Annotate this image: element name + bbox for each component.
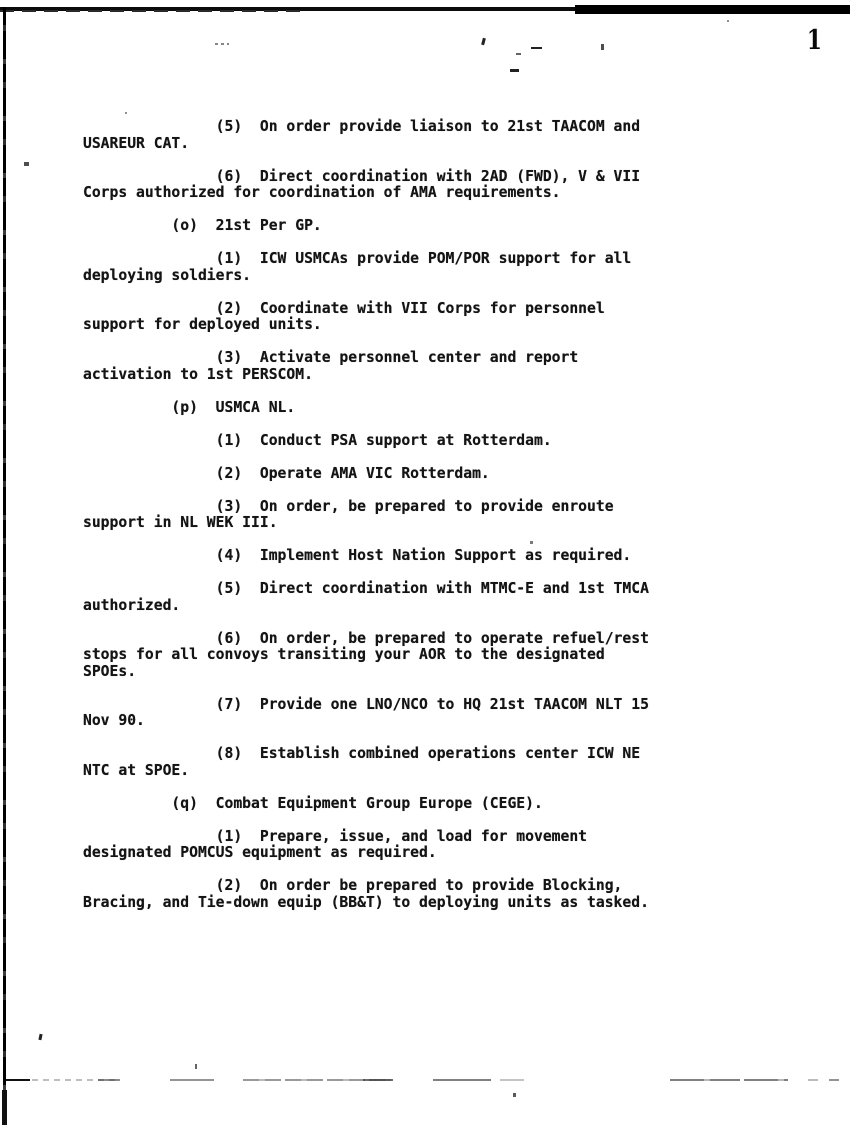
scan-speck — [215, 43, 229, 45]
scan-rule-bottom — [670, 1079, 788, 1081]
doc-paragraph-o2-vii-corps: (2) Coordinate with VII Corps for person… — [83, 301, 783, 334]
scan-speck — [727, 20, 729, 22]
doc-line: designated POMCUS equipment as required. — [83, 845, 783, 862]
scan-rule-bottom — [500, 1079, 524, 1081]
scan-rule-bottom — [6, 1079, 30, 1081]
scan-speck — [513, 1093, 516, 1097]
scan-speck — [38, 1034, 42, 1040]
doc-line: (1) Prepare, issue, and load for movemen… — [83, 829, 783, 846]
doc-paragraph-p8-operations-center: (8) Establish combined operations center… — [83, 746, 783, 779]
doc-line: activation to 1st PERSCOM. — [83, 367, 783, 384]
doc-line: (3) Activate personnel center and report — [83, 350, 783, 367]
doc-line: (q) Combat Equipment Group Europe (CEGE)… — [83, 796, 783, 813]
doc-line: (8) Establish combined operations center… — [83, 746, 783, 763]
scan-rule-bottom — [98, 1079, 120, 1081]
scanned-page: 1 (5) On order provide liaison to 21st T… — [0, 0, 850, 1139]
scan-speck — [195, 1064, 197, 1069]
doc-paragraph-p7-lno-nco: (7) Provide one LNO/NCO to HQ 21st TAACO… — [83, 697, 783, 730]
scan-edge-top-rough — [0, 10, 300, 12]
doc-paragraph-o-21st-per-gp: (o) 21st Per GP. — [83, 218, 783, 235]
doc-line: (1) ICW USMCAs provide POM/POR support f… — [83, 251, 783, 268]
doc-line: USAREUR CAT. — [83, 136, 783, 153]
doc-paragraph-6-coordination: (6) Direct coordination with 2AD (FWD), … — [83, 169, 783, 202]
doc-paragraph-p-usmca-nl: (p) USMCA NL. — [83, 400, 783, 417]
doc-line: (5) On order provide liaison to 21st TAA… — [83, 119, 783, 136]
scan-rule-bottom — [170, 1079, 214, 1081]
scan-rule-bottom — [433, 1079, 491, 1081]
scan-rule-bottom — [808, 1079, 818, 1081]
doc-line: support in NL WEK III. — [83, 515, 783, 532]
doc-line: NTC at SPOE. — [83, 763, 783, 780]
doc-line: support for deployed units. — [83, 317, 783, 334]
doc-paragraph-p1-psa: (1) Conduct PSA support at Rotterdam. — [83, 433, 783, 450]
doc-line: Nov 90. — [83, 713, 783, 730]
doc-line: deploying soldiers. — [83, 268, 783, 285]
doc-line: (3) On order, be prepared to provide enr… — [83, 499, 783, 516]
doc-paragraph-o3-personnel-center: (3) Activate personnel center and report… — [83, 350, 783, 383]
page-number: 1 — [807, 27, 822, 54]
doc-paragraph-p6-refuel-rest: (6) On order, be prepared to operate ref… — [83, 631, 783, 681]
document-body: (5) On order provide liaison to 21st TAA… — [83, 119, 783, 928]
doc-line: (2) Coordinate with VII Corps for person… — [83, 301, 783, 318]
scan-speck — [601, 44, 604, 50]
doc-line: authorized. — [83, 598, 783, 615]
scan-edge-top-right — [575, 5, 850, 14]
doc-line: stops for all convoys transiting your AO… — [83, 647, 783, 664]
scan-edge-left-blob — [2, 1090, 7, 1125]
doc-line: (2) On order be prepared to provide Bloc… — [83, 878, 783, 895]
doc-paragraph-p3-enroute: (3) On order, be prepared to provide enr… — [83, 499, 783, 532]
scan-speck — [24, 162, 29, 166]
scan-speck — [516, 53, 521, 55]
doc-line: (p) USMCA NL. — [83, 400, 783, 417]
doc-line: (1) Conduct PSA support at Rotterdam. — [83, 433, 783, 450]
doc-paragraph-p5-mtmc: (5) Direct coordination with MTMC-E and … — [83, 581, 783, 614]
doc-line: Corps authorized for coordination of AMA… — [83, 185, 783, 202]
doc-line: (7) Provide one LNO/NCO to HQ 21st TAACO… — [83, 697, 783, 714]
scan-speck — [481, 38, 486, 46]
doc-paragraph-p4-host-nation: (4) Implement Host Nation Support as req… — [83, 548, 783, 565]
doc-line: (6) Direct coordination with 2AD (FWD), … — [83, 169, 783, 186]
doc-paragraph-q2-bbt: (2) On order be prepared to provide Bloc… — [83, 878, 783, 911]
doc-paragraph-q-cege: (q) Combat Equipment Group Europe (CEGE)… — [83, 796, 783, 813]
scan-rule-bottom — [829, 1079, 839, 1081]
doc-line: (4) Implement Host Nation Support as req… — [83, 548, 783, 565]
doc-line: (6) On order, be prepared to operate ref… — [83, 631, 783, 648]
doc-paragraph-5-liaison: (5) On order provide liaison to 21st TAA… — [83, 119, 783, 152]
scan-speck — [510, 69, 519, 72]
scan-speck — [531, 47, 542, 49]
doc-line: Bracing, and Tie-down equip (BB&T) to de… — [83, 895, 783, 912]
scan-rule-bottom — [363, 1079, 393, 1081]
scan-speck — [125, 112, 127, 114]
doc-line: (2) Operate AMA VIC Rotterdam. — [83, 466, 783, 483]
doc-paragraph-o1-pom-por: (1) ICW USMCAs provide POM/POR support f… — [83, 251, 783, 284]
doc-paragraph-p2-ama-vic: (2) Operate AMA VIC Rotterdam. — [83, 466, 783, 483]
doc-line: SPOEs. — [83, 664, 783, 681]
doc-line: (5) Direct coordination with MTMC-E and … — [83, 581, 783, 598]
doc-paragraph-q1-pomcus: (1) Prepare, issue, and load for movemen… — [83, 829, 783, 862]
doc-line: (o) 21st Per GP. — [83, 218, 783, 235]
scan-edge-left — [3, 7, 6, 1125]
